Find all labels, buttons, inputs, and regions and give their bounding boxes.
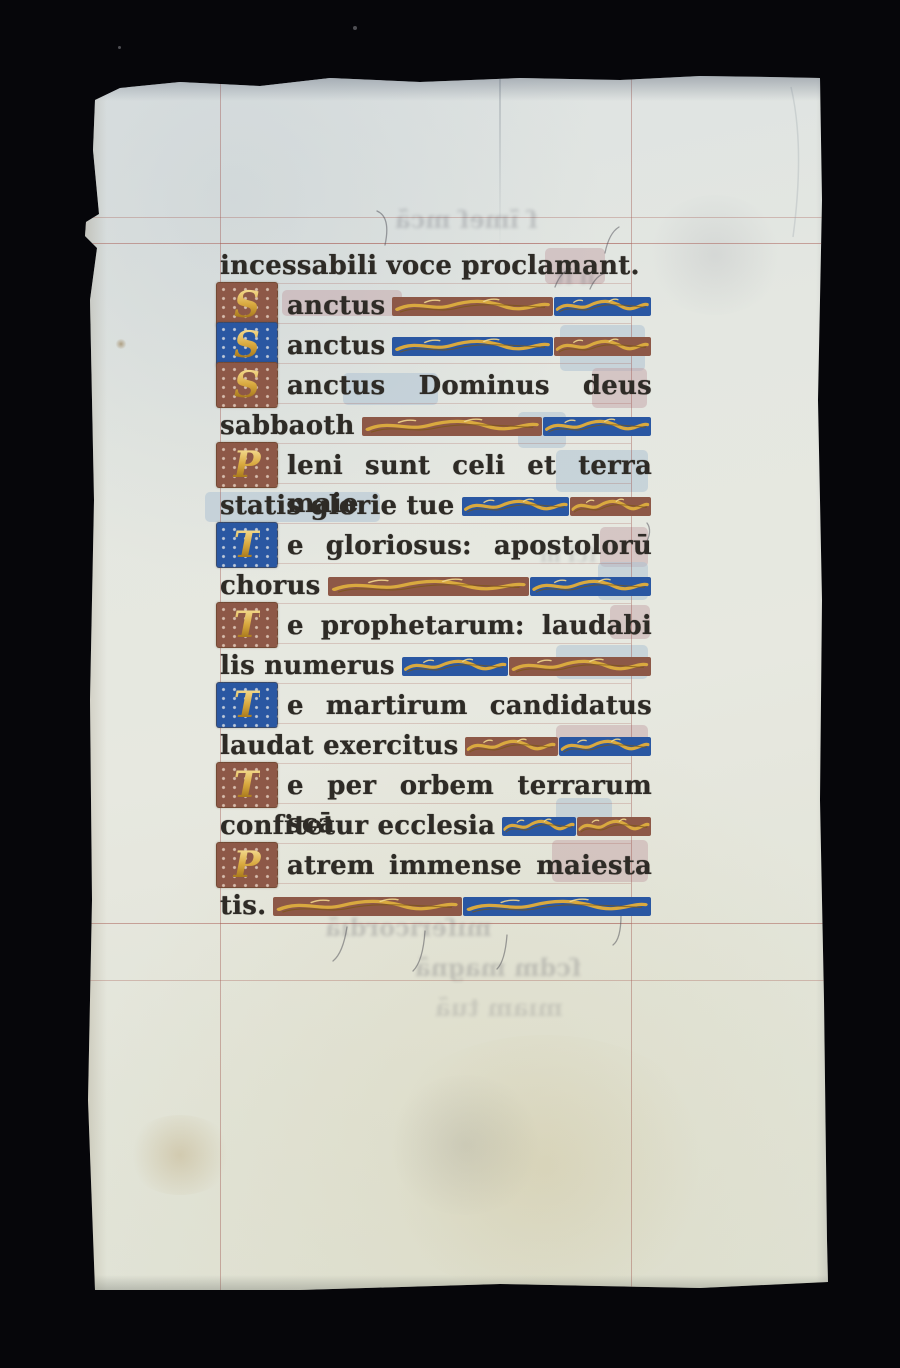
gold-wave-ornament [328, 577, 530, 596]
filler-segment [530, 577, 651, 596]
line-text: e martirum candidatus [287, 687, 652, 725]
line-text: atrem immense maiesta [287, 847, 652, 885]
line-text: statis glorie tue [220, 487, 455, 525]
text-line: T e per orbem terrarum scā [220, 767, 652, 807]
initial-letter: T [234, 527, 261, 563]
gold-wave-ornament [570, 497, 651, 516]
gold-wave-ornament [463, 897, 651, 916]
filler-segment [463, 897, 651, 916]
filler-segment [362, 417, 542, 436]
decorated-initial: T [216, 682, 278, 728]
text-line: T e martirum candidatus [220, 687, 652, 727]
text-line: statis glorie tue [220, 487, 652, 527]
decorated-initial: S [216, 362, 278, 408]
decorated-initial: T [216, 602, 278, 648]
filler-segment [502, 817, 576, 836]
initial-letter: P [233, 447, 260, 483]
filler-segment [577, 817, 651, 836]
gold-wave-ornament [543, 417, 651, 436]
line-text: sabbaoth [220, 407, 355, 445]
decorated-initial: P [216, 842, 278, 888]
line-filler [392, 297, 652, 316]
initial-letter: S [234, 367, 260, 403]
filler-segment [328, 577, 530, 596]
line-text: confitetur ecclesia [220, 807, 495, 845]
gold-wave-ornament [530, 577, 651, 596]
filler-segment [554, 297, 651, 316]
dust-speck [353, 26, 357, 30]
text-line: incessabili voce proclamant. [220, 247, 652, 287]
text-line: P atrem immense maiesta [220, 847, 652, 887]
decorated-initial: P [216, 442, 278, 488]
filler-segment [273, 897, 461, 916]
text-line: T e gloriosus: apostolorū [220, 527, 652, 567]
dust-speck [118, 46, 121, 49]
filler-segment [465, 737, 557, 756]
line-filler [502, 817, 652, 836]
gold-wave-ornament [577, 817, 651, 836]
text-line: S anctus [220, 327, 652, 367]
gold-wave-ornament [559, 737, 651, 756]
line-text: anctus [287, 327, 385, 365]
filler-segment [509, 657, 651, 676]
filler-segment [570, 497, 651, 516]
filler-segment [559, 737, 651, 756]
text-line: S anctus [220, 287, 652, 327]
line-text: e gloriosus: apostolorū [287, 527, 652, 565]
decorated-initial: T [216, 762, 278, 808]
text-line: laudat exercitus [220, 727, 652, 767]
line-text: anctus Dominus deus [287, 367, 652, 405]
text-line: tis. [220, 887, 652, 927]
initial-letter: T [234, 767, 261, 803]
initial-letter: S [234, 327, 260, 363]
filler-segment [392, 337, 553, 356]
line-text: laudat exercitus [220, 727, 458, 765]
decorated-initial: T [216, 522, 278, 568]
gold-wave-ornament [273, 897, 461, 916]
line-filler [402, 657, 652, 676]
line-text: chorus [220, 567, 321, 605]
line-filler [273, 897, 652, 916]
initial-letter: S [234, 287, 260, 323]
gold-wave-ornament [509, 657, 651, 676]
line-text: incessabili voce proclamant. [220, 247, 640, 285]
text-block: incessabili voce proclamant. S anctus S … [220, 247, 652, 927]
filler-segment [392, 297, 553, 316]
gold-wave-ornament [392, 337, 553, 356]
gold-wave-ornament [392, 297, 553, 316]
line-filler [328, 577, 652, 596]
line-filler [362, 417, 652, 436]
filler-segment [543, 417, 651, 436]
line-text: e prophetarum: laudabi [287, 607, 652, 645]
line-text: lis numerus [220, 647, 395, 685]
filler-segment [554, 337, 651, 356]
gold-wave-ornament [402, 657, 508, 676]
gold-wave-ornament [554, 337, 651, 356]
text-line: S anctus Dominus deus [220, 367, 652, 407]
line-text: anctus [287, 287, 385, 325]
gold-wave-ornament [502, 817, 576, 836]
line-text: tis. [220, 887, 266, 925]
gold-wave-ornament [465, 737, 557, 756]
filler-segment [402, 657, 508, 676]
gold-wave-ornament [362, 417, 542, 436]
initial-letter: P [233, 847, 260, 883]
gold-wave-ornament [554, 297, 651, 316]
text-line: T e prophetarum: laudabi [220, 607, 652, 647]
line-filler [392, 337, 652, 356]
filler-segment [462, 497, 570, 516]
text-line: sabbaoth [220, 407, 652, 447]
line-filler [462, 497, 653, 516]
text-line: chorus [220, 567, 652, 607]
text-line: P leni sunt celi et terra maie [220, 447, 652, 487]
initial-letter: T [234, 607, 261, 643]
manuscript-leaf: ſ ĩmeſ mcã ıı ſt ſcı̃ m mıſerıcordıã ſcd… [85, 75, 830, 1291]
line-filler [465, 737, 652, 756]
text-line: confitetur ecclesia [220, 807, 652, 847]
initial-letter: T [234, 687, 261, 723]
gold-wave-ornament [462, 497, 570, 516]
text-line: lis numerus [220, 647, 652, 687]
crease [499, 79, 501, 249]
